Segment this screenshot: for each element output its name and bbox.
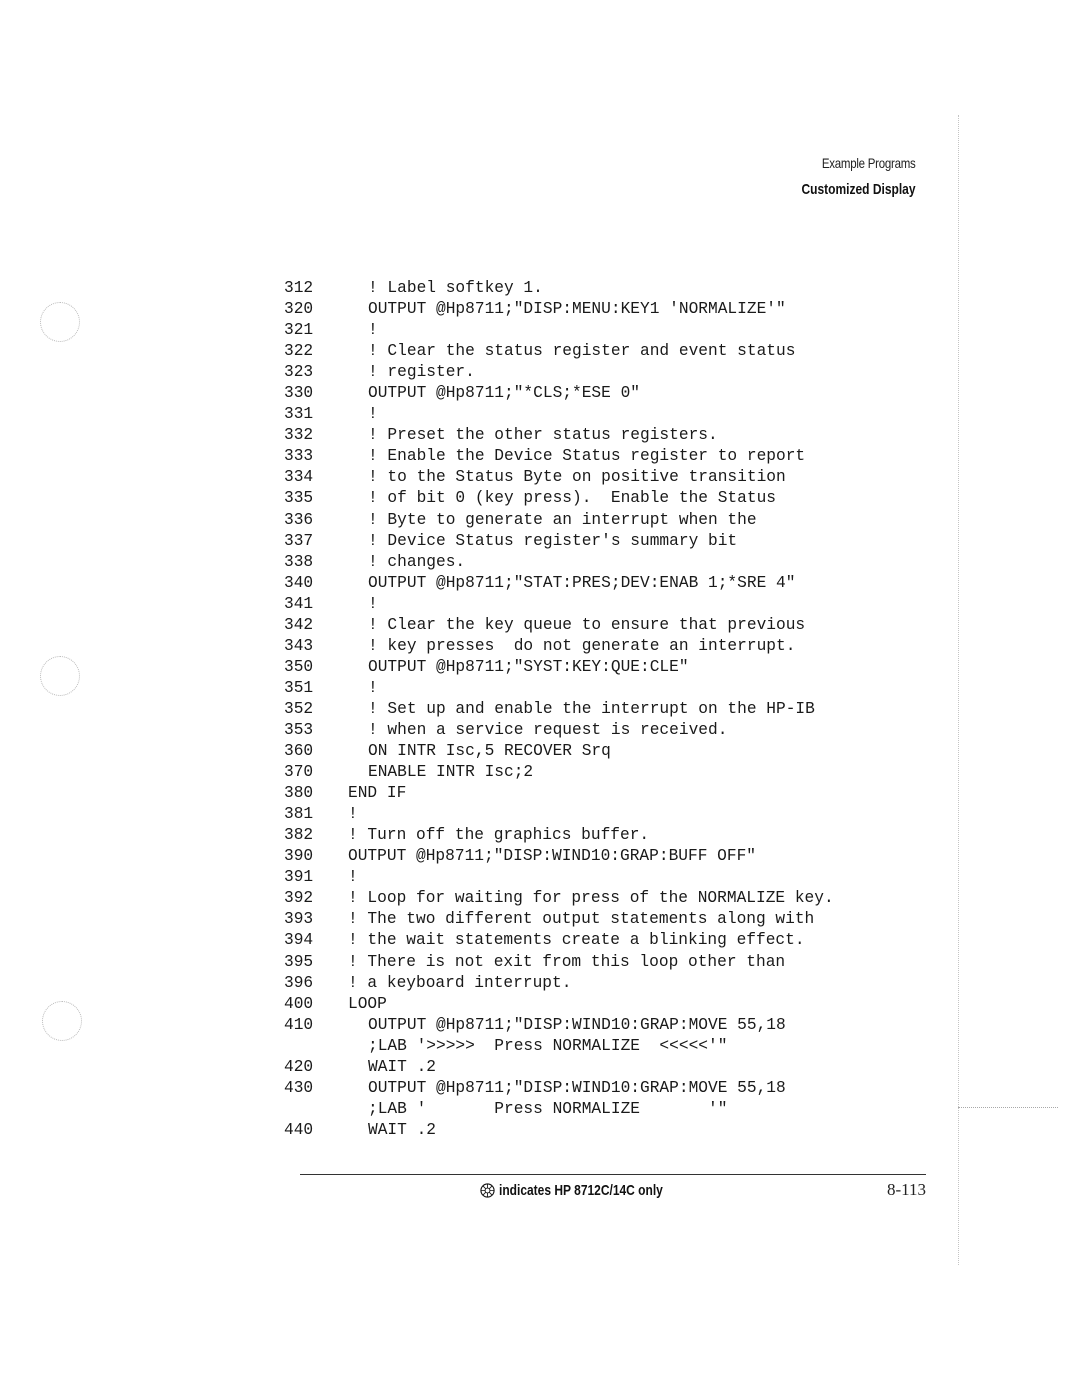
line-number: 343 bbox=[284, 636, 348, 657]
code-line: 323! register. bbox=[284, 362, 834, 383]
code-line: 382! Turn off the graphics buffer. bbox=[284, 825, 834, 846]
line-code: ! bbox=[348, 320, 378, 341]
code-line: 338! changes. bbox=[284, 552, 834, 573]
line-number: 353 bbox=[284, 720, 348, 741]
code-line: 400LOOP bbox=[284, 994, 834, 1015]
code-line: 392! Loop for waiting for press of the N… bbox=[284, 888, 834, 909]
line-code: ! Turn off the graphics buffer. bbox=[348, 825, 649, 846]
line-code: ! register. bbox=[348, 362, 475, 383]
code-line: 340OUTPUT @Hp8711;"STAT:PRES;DEV:ENAB 1;… bbox=[284, 573, 834, 594]
code-line: 343! key presses do not generate an inte… bbox=[284, 636, 834, 657]
code-line: 391! bbox=[284, 867, 834, 888]
code-line: ;LAB ' Press NORMALIZE '" bbox=[284, 1099, 834, 1120]
code-line: 410OUTPUT @Hp8711;"DISP:WIND10:GRAP:MOVE… bbox=[284, 1015, 834, 1036]
code-line: 320OUTPUT @Hp8711;"DISP:MENU:KEY1 'NORMA… bbox=[284, 299, 834, 320]
line-number: 396 bbox=[284, 973, 348, 994]
code-line: 333! Enable the Device Status register t… bbox=[284, 446, 834, 467]
line-code: ! Loop for waiting for press of the NORM… bbox=[348, 888, 834, 909]
line-number: 395 bbox=[284, 952, 348, 973]
line-code: ;LAB ' Press NORMALIZE '" bbox=[348, 1099, 727, 1120]
code-line: 336! Byte to generate an interrupt when … bbox=[284, 510, 834, 531]
line-code: OUTPUT @Hp8711;"DISP:WIND10:GRAP:MOVE 55… bbox=[348, 1078, 786, 1099]
code-line: 420WAIT .2 bbox=[284, 1057, 834, 1078]
line-code: OUTPUT @Hp8711;"STAT:PRES;DEV:ENAB 1;*SR… bbox=[348, 573, 795, 594]
line-code: ! bbox=[348, 867, 358, 888]
line-number: 333 bbox=[284, 446, 348, 467]
line-code: OUTPUT @Hp8711;"DISP:WIND10:GRAP:MOVE 55… bbox=[348, 1015, 786, 1036]
page-number: 8-113 bbox=[887, 1180, 926, 1200]
line-number: 370 bbox=[284, 762, 348, 783]
code-line: 341! bbox=[284, 594, 834, 615]
line-code: ! Clear the status register and event st… bbox=[348, 341, 795, 362]
line-code: ! Preset the other status registers. bbox=[348, 425, 718, 446]
line-code: LOOP bbox=[348, 994, 387, 1015]
code-line: 390OUTPUT @Hp8711;"DISP:WIND10:GRAP:BUFF… bbox=[284, 846, 834, 867]
line-number: 440 bbox=[284, 1120, 348, 1141]
line-code: ! bbox=[348, 404, 378, 425]
line-code: ! Byte to generate an interrupt when the bbox=[348, 510, 757, 531]
footer-note-text: indicates HP 8712C/14C only bbox=[499, 1182, 663, 1199]
line-number: 380 bbox=[284, 783, 348, 804]
line-number: 394 bbox=[284, 930, 348, 951]
line-code: ! Device Status register's summary bit bbox=[348, 531, 737, 552]
line-code: OUTPUT @Hp8711;"SYST:KEY:QUE:CLE" bbox=[348, 657, 689, 678]
line-number: 393 bbox=[284, 909, 348, 930]
line-number: 321 bbox=[284, 320, 348, 341]
line-number: 334 bbox=[284, 467, 348, 488]
line-code: ! Clear the key queue to ensure that pre… bbox=[348, 615, 805, 636]
line-code: ! There is not exit from this loop other… bbox=[348, 952, 785, 973]
page-edge-line bbox=[958, 115, 959, 1265]
code-line: 351! bbox=[284, 678, 834, 699]
code-line: 330OUTPUT @Hp8711;"*CLS;*ESE 0" bbox=[284, 383, 834, 404]
line-code: ! bbox=[348, 804, 358, 825]
line-number bbox=[284, 1099, 348, 1120]
line-code: OUTPUT @Hp8711;"*CLS;*ESE 0" bbox=[348, 383, 640, 404]
line-number: 338 bbox=[284, 552, 348, 573]
code-line: 395! There is not exit from this loop ot… bbox=[284, 952, 834, 973]
line-code: ! key presses do not generate an interru… bbox=[348, 636, 795, 657]
code-line: 331! bbox=[284, 404, 834, 425]
line-number: 342 bbox=[284, 615, 348, 636]
line-number: 382 bbox=[284, 825, 348, 846]
line-number: 335 bbox=[284, 488, 348, 509]
code-line: 353! when a service request is received. bbox=[284, 720, 834, 741]
line-code: ;LAB '>>>>> Press NORMALIZE <<<<<'" bbox=[348, 1036, 727, 1057]
code-line: ;LAB '>>>>> Press NORMALIZE <<<<<'" bbox=[284, 1036, 834, 1057]
section-title: Customized Display bbox=[802, 181, 916, 199]
line-code: ! the wait statements create a blinking … bbox=[348, 930, 805, 951]
program-listing: 312! Label softkey 1.320OUTPUT @Hp8711;"… bbox=[284, 278, 834, 1141]
footer-rule bbox=[300, 1174, 926, 1175]
line-number: 340 bbox=[284, 573, 348, 594]
line-code: ! bbox=[348, 594, 378, 615]
line-code: ENABLE INTR Isc;2 bbox=[348, 762, 533, 783]
line-number: 381 bbox=[284, 804, 348, 825]
code-line: 332! Preset the other status registers. bbox=[284, 425, 834, 446]
line-code: ! Set up and enable the interrupt on the… bbox=[348, 699, 815, 720]
line-code: WAIT .2 bbox=[348, 1120, 436, 1141]
line-number: 331 bbox=[284, 404, 348, 425]
line-number: 320 bbox=[284, 299, 348, 320]
line-number: 341 bbox=[284, 594, 348, 615]
line-code: WAIT .2 bbox=[348, 1057, 436, 1078]
line-number: 351 bbox=[284, 678, 348, 699]
code-line: 352! Set up and enable the interrupt on … bbox=[284, 699, 834, 720]
line-code: ! Enable the Device Status register to r… bbox=[348, 446, 805, 467]
line-number: 410 bbox=[284, 1015, 348, 1036]
line-number: 430 bbox=[284, 1078, 348, 1099]
line-code: ! when a service request is received. bbox=[348, 720, 727, 741]
punch-hole-top bbox=[40, 302, 80, 342]
line-code: END IF bbox=[348, 783, 406, 804]
line-number: 332 bbox=[284, 425, 348, 446]
code-line: 440WAIT .2 bbox=[284, 1120, 834, 1141]
code-line: 430OUTPUT @Hp8711;"DISP:WIND10:GRAP:MOVE… bbox=[284, 1078, 834, 1099]
code-line: 337! Device Status register's summary bi… bbox=[284, 531, 834, 552]
line-number: 322 bbox=[284, 341, 348, 362]
code-line: 350OUTPUT @Hp8711;"SYST:KEY:QUE:CLE" bbox=[284, 657, 834, 678]
line-number: 392 bbox=[284, 888, 348, 909]
line-code: ! a keyboard interrupt. bbox=[348, 973, 571, 994]
line-code: ! of bit 0 (key press). Enable the Statu… bbox=[348, 488, 776, 509]
line-code: ON INTR Isc,5 RECOVER Srq bbox=[348, 741, 611, 762]
code-line: 393! The two different output statements… bbox=[284, 909, 834, 930]
line-number: 352 bbox=[284, 699, 348, 720]
line-number bbox=[284, 1036, 348, 1057]
code-line: 396! a keyboard interrupt. bbox=[284, 973, 834, 994]
page-edge-tick bbox=[958, 1107, 1058, 1108]
line-number: 391 bbox=[284, 867, 348, 888]
punch-hole-bottom bbox=[42, 1001, 82, 1041]
line-code: ! bbox=[348, 678, 378, 699]
line-number: 390 bbox=[284, 846, 348, 867]
code-line: 335! of bit 0 (key press). Enable the St… bbox=[284, 488, 834, 509]
line-number: 350 bbox=[284, 657, 348, 678]
code-line: 321! bbox=[284, 320, 834, 341]
line-number: 337 bbox=[284, 531, 348, 552]
line-code: OUTPUT @Hp8711;"DISP:MENU:KEY1 'NORMALIZ… bbox=[348, 299, 786, 320]
code-line: 394! the wait statements create a blinki… bbox=[284, 930, 834, 951]
code-line: 381! bbox=[284, 804, 834, 825]
running-header: Example Programs Customized Display bbox=[773, 154, 916, 199]
line-code: ! Label softkey 1. bbox=[348, 278, 543, 299]
line-code: ! The two different output statements al… bbox=[348, 909, 814, 930]
code-line: 342! Clear the key queue to ensure that … bbox=[284, 615, 834, 636]
code-line: 370ENABLE INTR Isc;2 bbox=[284, 762, 834, 783]
chapter-title: Example Programs bbox=[799, 154, 916, 172]
code-line: 322! Clear the status register and event… bbox=[284, 341, 834, 362]
hp-8712c-14c-symbol-icon bbox=[480, 1183, 495, 1198]
line-code: ! changes. bbox=[348, 552, 465, 573]
code-line: 380END IF bbox=[284, 783, 834, 804]
code-line: 312! Label softkey 1. bbox=[284, 278, 834, 299]
line-number: 400 bbox=[284, 994, 348, 1015]
line-number: 420 bbox=[284, 1057, 348, 1078]
line-number: 323 bbox=[284, 362, 348, 383]
footer-note: indicates HP 8712C/14C only bbox=[480, 1182, 704, 1199]
line-number: 330 bbox=[284, 383, 348, 404]
line-number: 336 bbox=[284, 510, 348, 531]
line-code: OUTPUT @Hp8711;"DISP:WIND10:GRAP:BUFF OF… bbox=[348, 846, 756, 867]
line-code: ! to the Status Byte on positive transit… bbox=[348, 467, 786, 488]
line-number: 360 bbox=[284, 741, 348, 762]
line-number: 312 bbox=[284, 278, 348, 299]
punch-hole-middle bbox=[40, 656, 80, 696]
code-line: 334! to the Status Byte on positive tran… bbox=[284, 467, 834, 488]
code-line: 360ON INTR Isc,5 RECOVER Srq bbox=[284, 741, 834, 762]
